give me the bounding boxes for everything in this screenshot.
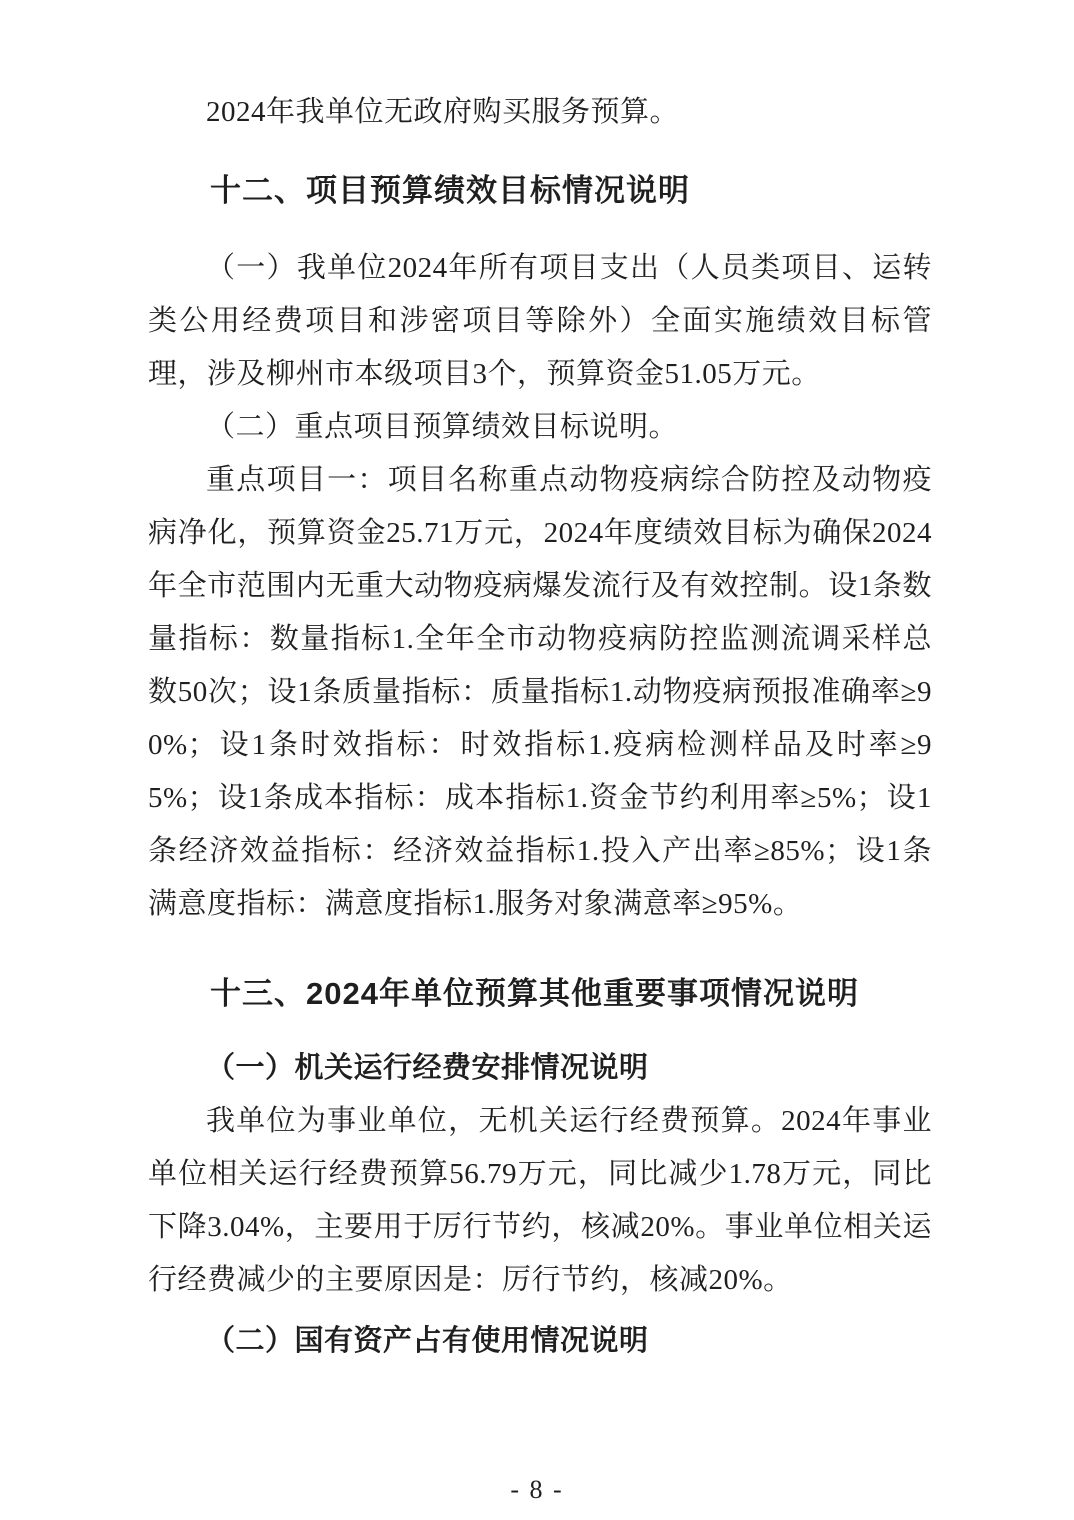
paragraph-operating-expense-details: 我单位为事业单位，无机关运行经费预算。2024年事业单位相关运行经费预算56.7… (148, 1095, 932, 1307)
heading-section-12-project-performance: 十二、项目预算绩效目标情况说明 (148, 164, 932, 217)
paragraph-key-project-one-details: 重点项目一：项目名称重点动物疫病综合防控及动物疫病净化，预算资金25.71万元，… (148, 454, 932, 931)
paragraph-no-gov-purchase-budget: 2024年我单位无政府购买服务预算。 (148, 86, 932, 139)
heading-subsection-2-state-owned-assets: （二）国有资产占有使用情况说明 (148, 1315, 932, 1368)
document-content: 2024年我单位无政府购买服务预算。 十二、项目预算绩效目标情况说明 （一）我单… (148, 86, 932, 1368)
heading-subsection-1-operating-expense: （一）机关运行经费安排情况说明 (148, 1042, 932, 1095)
document-page: 2024年我单位无政府购买服务预算。 十二、项目预算绩效目标情况说明 （一）我单… (0, 0, 1074, 1520)
paragraph-performance-target-overview: （一）我单位2024年所有项目支出（人员类项目、运转类公用经费项目和涉密项目等除… (148, 242, 932, 401)
heading-section-13-other-important-matters: 十三、2024年单位预算其他重要事项情况说明 (148, 967, 932, 1020)
page-number: - 8 - (0, 1474, 1074, 1506)
paragraph-key-project-performance-intro: （二）重点项目预算绩效目标说明。 (148, 401, 932, 454)
